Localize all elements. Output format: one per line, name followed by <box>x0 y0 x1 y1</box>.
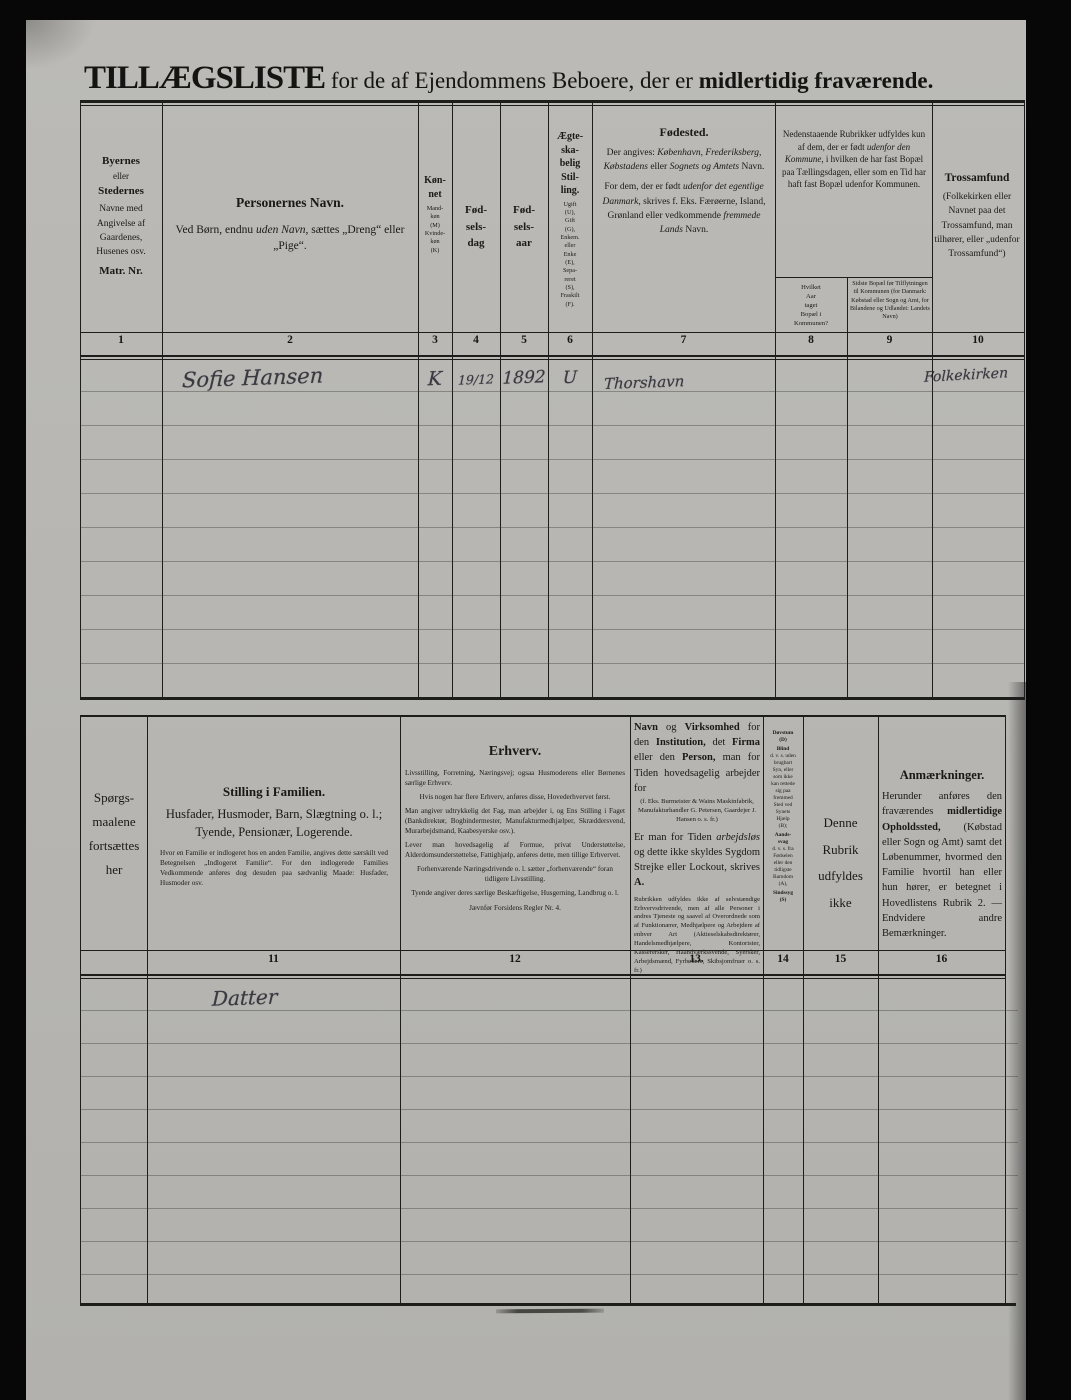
col15-text: Denne Rubrik udfyldes ikke <box>804 810 877 917</box>
col13-bold: Institution, <box>656 737 706 748</box>
top-table-row-rule <box>80 459 1024 460</box>
col14-header: Døvstum (D) Blind d. v. s. uden brugbart… <box>764 730 802 904</box>
top-table-row-rule <box>80 595 1024 596</box>
top-table-vertical-rule <box>80 100 81 697</box>
bottom-table-row-rule <box>80 1241 1018 1242</box>
scan-edge-shade <box>1008 682 1028 1400</box>
bottom-table-header-bottom-rule <box>80 974 1005 976</box>
top-table-row-rule <box>80 391 1024 392</box>
bottom-table-row-rule <box>80 1010 1018 1011</box>
col13-fine-print: (f. Eks. Burmeister & Wains Maskinfabrik… <box>634 798 760 825</box>
col15-number: 15 <box>803 953 878 965</box>
col12-paragraph: Jævnfør Forsidens Regler Nr. 4. <box>405 903 625 913</box>
printer-imprint <box>496 1309 604 1314</box>
top-table-header-bottom-rule <box>80 359 1025 360</box>
col14-term: Døvstum (D) <box>764 730 802 744</box>
col4-title: Fød- sels- dag <box>454 202 498 252</box>
col1-line: eller <box>82 170 160 183</box>
col13-bold: Firma <box>732 737 760 748</box>
form-page: TILLÆGSLISTE for de af Ejendommens Beboe… <box>26 20 1026 1400</box>
bottom-table-row-rule <box>80 1076 1018 1077</box>
col2-number: 2 <box>162 334 418 346</box>
col14-term: Aands- svag <box>764 832 802 846</box>
col11-fine-print: Hvor en Familie er indlogeret hos en and… <box>152 848 396 888</box>
top-table-horizontal-rule <box>775 277 933 278</box>
col14-text: d. v. s. fra Fødselen eller den tidligst… <box>764 846 802 888</box>
col2-sub-italic: uden Navn <box>256 224 306 236</box>
col8-9-merged-header: Nedenstaaende Rubrikker udfyldes kun af … <box>779 128 929 191</box>
col13-bold: Virksomhed <box>685 722 740 733</box>
form-title-word: TILLÆGSLISTE <box>84 60 325 96</box>
col8-number: 8 <box>775 334 847 346</box>
top-table-row-rule <box>80 663 1024 664</box>
bottom-table-vertical-rule <box>80 715 81 1303</box>
bottom-table-vertical-rule <box>878 715 879 1303</box>
bottom-table-vertical-rule <box>400 715 401 1303</box>
top-table-vertical-rule <box>1024 100 1025 697</box>
bottom-table-row-rule <box>80 1142 1018 1143</box>
top-table-vertical-rule <box>847 277 848 697</box>
bottom-table-row-rule <box>80 1043 1018 1044</box>
col12-title: Erhverv. <box>405 742 625 762</box>
top-table-row-rule <box>80 493 1024 494</box>
form-title-mid: for de af Ejendommens Beboere, der er <box>325 68 699 93</box>
bottom-table-row-rule <box>80 1109 1018 1110</box>
col2-sub-part: Ved Børn, endnu <box>175 224 256 236</box>
bottom-table-row-rule <box>80 1208 1018 1209</box>
bottom-table-row-rule <box>80 1175 1018 1176</box>
col13-number: 13. <box>630 953 763 965</box>
col11-title: Stilling i Familien. <box>152 782 396 802</box>
bottom-table-vertical-rule <box>630 715 631 1303</box>
top-table-vertical-rule <box>592 100 593 697</box>
top-table-bottom-border <box>80 697 1025 700</box>
col13-text: Er man for Tiden <box>634 832 716 843</box>
col9-subheader: Sidste Bopæl før Tilflytningen til Kommu… <box>850 280 930 322</box>
entry-name: Sofie Hansen <box>182 360 433 393</box>
bottom-table-vertical-rule <box>803 715 804 1303</box>
col2-header: Personernes Navn. Ved Børn, endnu uden N… <box>166 194 414 254</box>
col5-number: 5 <box>500 334 548 346</box>
col6-title: Ægte- ska- belig Stil- ling. <box>550 130 590 198</box>
col7-number: 7 <box>592 334 775 346</box>
col6-sub: Ugift (U), Gift (G), Enkem. eller Enke (… <box>550 201 590 310</box>
col1-header: Byernes eller Stedernes Navne med Angive… <box>82 154 160 280</box>
col3-title: Køn- net <box>419 174 451 201</box>
col13-text: eller den <box>634 752 682 763</box>
col13-italic: arbejdsløs <box>716 832 760 843</box>
col7-header: Fødested. Der angives: København, Freder… <box>596 124 772 237</box>
bottom-table-bottom-border <box>80 1303 1016 1306</box>
col9-number: 9 <box>847 334 932 346</box>
col7-paragraph: Der angives: København, Frederiksberg, K… <box>596 146 772 175</box>
scanned-census-sheet: TILLÆGSLISTE for de af Ejendommens Beboe… <box>0 0 1071 1400</box>
bottom-table-vertical-rule <box>147 715 148 1303</box>
top-table-row-rule <box>80 527 1024 528</box>
col10-title: Trossamfund <box>932 170 1022 186</box>
top-table-vertical-rule <box>162 100 163 697</box>
col3-header: Køn- net Mand- køn (M) Kvinde- køn (K) <box>419 174 451 255</box>
scan-corner-shade <box>26 20 96 70</box>
top-table-row-rule <box>80 629 1024 630</box>
col7-text: Navn. <box>739 162 764 172</box>
col3-number: 3 <box>418 334 452 346</box>
top-table-vertical-rule <box>775 100 776 697</box>
entry-sex: K <box>418 367 453 390</box>
col5-title: Fød- sels- aar <box>502 202 546 252</box>
col1-line: Byernes <box>82 154 160 169</box>
col5-header: Fød- sels- aar <box>502 202 546 252</box>
title-double-rule <box>80 100 1025 103</box>
col12-paragraph: Hvis nogen har flere Erhverv, anføres di… <box>405 792 625 802</box>
col16-text: (Købstad eller Sogn og Amt) samt det Løb… <box>882 822 1002 940</box>
col11-number: 11 <box>147 953 400 965</box>
col8-sub-text: Hvilket Aar taget Bopæl i Kommunen? <box>777 284 845 328</box>
col7-text-italic: Sognets og Amtets <box>670 162 740 172</box>
entry-religion: Folkekirken <box>924 364 1028 385</box>
col7-text: eller <box>648 162 670 172</box>
col8-9-text: Nedenstaaende Rubrikker udfyldes kun af … <box>779 128 929 191</box>
col13-paragraph: Er man for Tiden arbejdsløs og dette ikk… <box>634 830 760 891</box>
bottom-table-header-bottom-rule <box>80 978 1005 979</box>
col14-term: Sindssyg (S) <box>764 890 802 904</box>
col1-number: 1 <box>80 334 162 346</box>
col12-paragraph: Tyende angiver deres særlige Beskæftigel… <box>405 888 625 898</box>
col12-paragraph: Lever man hovedsagelig af Formue, privat… <box>405 840 625 860</box>
col16-title: Anmærkninger. <box>882 766 1002 784</box>
col7-text: Der angives: <box>607 148 658 158</box>
top-table-vertical-rule <box>932 100 933 697</box>
col16-body: Herunder anføres den fraværendes midlert… <box>882 789 1002 941</box>
entry-birthplace: Thorshavn <box>604 369 775 393</box>
entry-birth-day: 19/12 <box>452 371 500 388</box>
bottom-table-top-border <box>80 715 1005 717</box>
col10-number: 10 <box>932 334 1024 346</box>
col10-header: Trossamfund (Folkekirken eller Navnet pa… <box>932 170 1022 261</box>
col12-header: Erhverv. Livsstilling, Forretning, Nærin… <box>405 742 625 914</box>
col13-lead: Navn og Virksomhed for den Institution, … <box>634 720 760 796</box>
col14-text: d. v. s. uden brugbart Syn, eller som ik… <box>764 753 802 830</box>
entry-birth-year: 1892 <box>500 367 549 389</box>
col4-number: 4 <box>452 334 500 346</box>
entry-family-position: Datter <box>212 981 373 1011</box>
col16-number: 16 <box>878 953 1005 965</box>
col4-header: Fød- sels- dag <box>454 202 498 252</box>
col7-title: Fødested. <box>596 124 772 141</box>
top-table-header-bottom-rule <box>80 355 1025 357</box>
bottom-table-row-rule <box>80 1274 1018 1275</box>
entry-marital-status: U <box>548 367 593 389</box>
col3-sub: Mand- køn (M) Kvinde- køn (K) <box>419 205 451 255</box>
side-label-text: Spørgs- maalene fortsættes her <box>82 786 146 882</box>
top-table-vertical-rule <box>452 100 453 697</box>
title-double-rule <box>80 105 1025 106</box>
col16-header: Anmærkninger. Herunder anføres den fravæ… <box>882 766 1002 941</box>
col10-sub: (Folkekirken eller Navnet paa det Trossa… <box>932 190 1022 261</box>
col1-line: Stedernes <box>82 184 160 199</box>
col13-text: og dette ikke skyldes Sygdom Strejke ell… <box>634 847 760 873</box>
col14-number: 14 <box>763 953 803 965</box>
col11-sub: Husfader, Husmoder, Barn, Slægtning o. l… <box>152 805 396 841</box>
col2-sub: Ved Børn, endnu uden Navn, sættes „Dreng… <box>166 222 414 254</box>
col8-subheader: Hvilket Aar taget Bopæl i Kommunen? <box>777 284 845 328</box>
col12-paragraph: Livsstilling, Forretning, Næringsvej; og… <box>405 768 625 788</box>
col6-number: 6 <box>548 334 592 346</box>
col6-header: Ægte- ska- belig Stil- ling. Ugift (U), … <box>550 130 590 309</box>
col15-header: Denne Rubrik udfyldes ikke <box>804 810 877 917</box>
top-table-vertical-rule <box>500 100 501 697</box>
col7-paragraph: For dem, der er født udenfor det egentli… <box>596 180 772 237</box>
col11-header: Stilling i Familien. Husfader, Husmoder,… <box>152 782 396 888</box>
top-table-row-rule <box>80 425 1024 426</box>
col7-text: For dem, der er født <box>604 182 683 192</box>
col2-title: Personernes Navn. <box>166 194 414 213</box>
top-table-horizontal-rule <box>80 332 1025 333</box>
top-table-row-rule <box>80 561 1024 562</box>
col1-line: Navne med Angivelse af Gaardenes, Husene… <box>82 202 160 259</box>
side-label: Spørgs- maalene fortsættes her <box>82 786 146 882</box>
col13-bold: A. <box>634 877 644 888</box>
col7-text: Navn. <box>683 225 708 235</box>
col12-paragraph: Man angiver udtrykkelig det Fag, man arb… <box>405 806 625 836</box>
col13-text: det <box>706 737 732 748</box>
bottom-table-vertical-rule <box>1005 715 1006 1303</box>
form-title-emphasis: midlertidig fraværende. <box>699 68 934 93</box>
col13-bold: Navn <box>634 722 658 733</box>
form-title: TILLÆGSLISTE for de af Ejendommens Beboe… <box>84 60 1028 97</box>
col14-term: Blind <box>764 746 802 753</box>
col13-header: Navn og Virksomhed for den Institution, … <box>634 720 760 976</box>
col13-text: og <box>658 722 685 733</box>
bottom-table-vertical-rule <box>763 715 764 1303</box>
top-table-vertical-rule <box>418 100 419 697</box>
bottom-table-horizontal-rule <box>80 950 1005 951</box>
col1-line: Matr. Nr. <box>82 264 160 279</box>
col9-sub-text: Sidste Bopæl før Tilflytningen til Kommu… <box>850 280 930 322</box>
col13-bold: Person, <box>682 752 716 763</box>
top-table-vertical-rule <box>548 100 549 697</box>
col12-paragraph: Forhenværende Næringsdrivende o. l. sætt… <box>405 864 625 884</box>
col12-number: 12 <box>400 953 630 965</box>
